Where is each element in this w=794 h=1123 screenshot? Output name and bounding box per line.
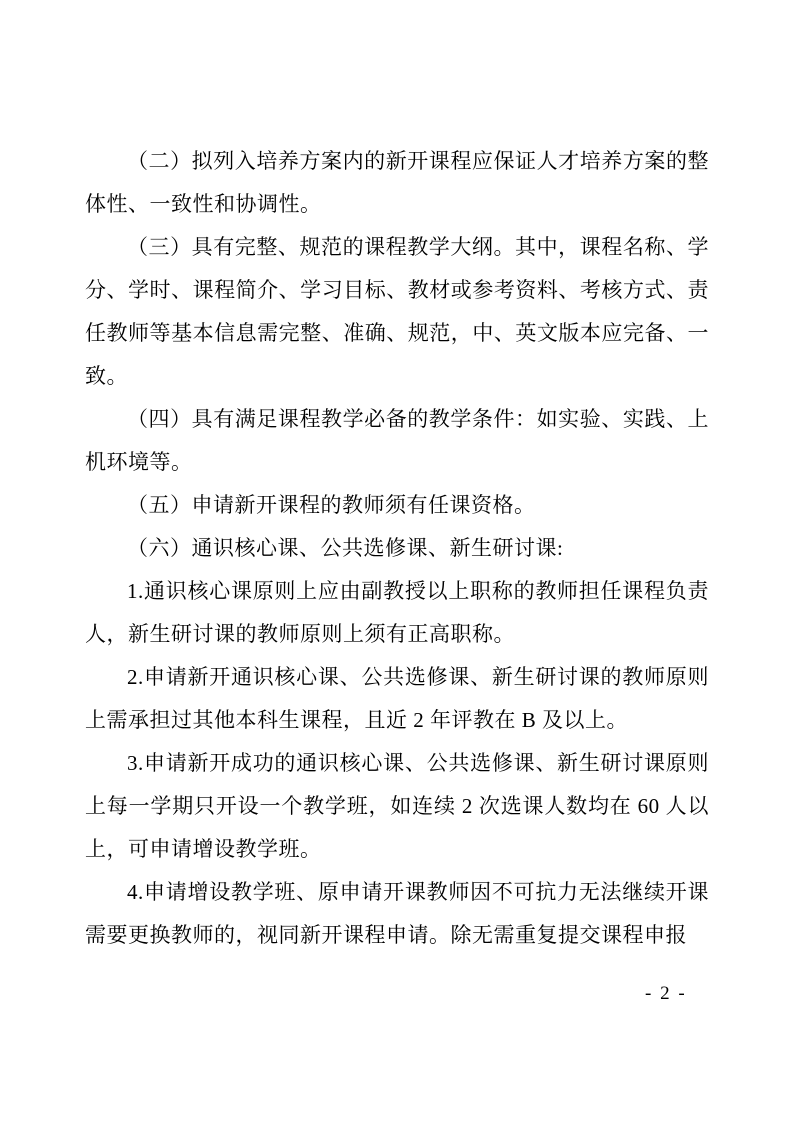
paragraph-item-4: （四）具有满足课程教学必备的教学条件：如实验、实践、上机环境等。 — [85, 398, 709, 484]
paragraph-sub-4: 4.申请增设教学班、原申请开课教师因不可抗力无法继续开课需要更换教师的，视同新开… — [85, 871, 709, 957]
paragraph-item-6: （六）通识核心课、公共选修课、新生研讨课: — [85, 527, 709, 570]
paragraph-item-5: （五）申请新开课程的教师须有任课资格。 — [85, 484, 709, 527]
page-number: - 2 - — [645, 982, 705, 1006]
document-page: （二）拟列入培养方案内的新开课程应保证人才培养方案的整体性、一致性和协调性。 （… — [0, 0, 794, 1123]
paragraph-item-2: （二）拟列入培养方案内的新开课程应保证人才培养方案的整体性、一致性和协调性。 — [85, 140, 709, 226]
paragraph-item-3: （三）具有完整、规范的课程教学大纲。其中，课程名称、学分、学时、课程简介、学习目… — [85, 226, 709, 398]
document-body: （二）拟列入培养方案内的新开课程应保证人才培养方案的整体性、一致性和协调性。 （… — [85, 140, 709, 957]
paragraph-sub-2: 2.申请新开通识核心课、公共选修课、新生研讨课的教师原则上需承担过其他本科生课程… — [85, 656, 709, 742]
paragraph-sub-3: 3.申请新开成功的通识核心课、公共选修课、新生研讨课原则上每一学期只开设一个教学… — [85, 742, 709, 871]
paragraph-sub-1: 1.通识核心课原则上应由副教授以上职称的教师担任课程负责人，新生研讨课的教师原则… — [85, 570, 709, 656]
